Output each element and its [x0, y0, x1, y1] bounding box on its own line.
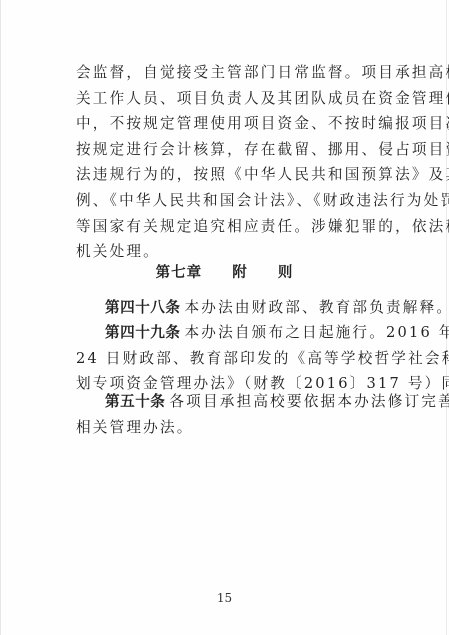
chapter-title-part2: 则 — [278, 261, 294, 282]
page-number: 15 — [0, 591, 449, 605]
article-text: 本办法自颁布之日起施行。2016 年 11 月 — [184, 324, 449, 341]
article-49: 第四十九条本办法自颁布之日起施行。2016 年 11 月 24 日财政部、教育部… — [76, 320, 392, 397]
chapter-title-part1: 附 — [232, 261, 248, 282]
article-number: 第四十九条 — [105, 324, 180, 341]
article-text: 各项目承担高校要依据本办法修订完善内部 — [169, 393, 449, 410]
article-48: 第四十八条本办法由财政部、教育部负责解释。 — [76, 295, 392, 321]
text-line: 按规定进行会计核算，存在截留、挪用、侵占项目资金等违 — [76, 137, 392, 163]
text-line: 相关管理办法。 — [76, 415, 392, 441]
article-50: 第五十条各项目承担高校要依据本办法修订完善内部 相关管理办法。 — [76, 389, 392, 440]
text-line: 法违规行为的，按照《中华人民共和国预算法》及其实施条 — [76, 162, 392, 188]
continuation-paragraph: 会监督，自觉接受主管部门日常监督。项目承担高校及其相 关工作人员、项目负责人及其… — [76, 60, 392, 265]
chapter-heading: 第七章 附 则 — [0, 261, 449, 282]
scan-edge-left — [0, 0, 1, 635]
text-line: 第四十八条本办法由财政部、教育部负责解释。 — [76, 295, 392, 321]
text-line: 第五十条各项目承担高校要依据本办法修订完善内部 — [76, 389, 392, 415]
article-number: 第四十八条 — [105, 299, 180, 316]
document-page: 会监督，自觉接受主管部门日常监督。项目承担高校及其相 关工作人员、项目负责人及其… — [0, 0, 449, 635]
text-line: 24 日财政部、教育部印发的《高等学校哲学社会科学繁荣计 — [76, 346, 392, 372]
text-line: 例、《中华人民共和国会计法》、《财政违法行为处罚处分条例》 — [76, 188, 392, 214]
text-line: 会监督，自觉接受主管部门日常监督。项目承担高校及其相 — [76, 60, 392, 86]
text-line: 第四十九条本办法自颁布之日起施行。2016 年 11 月 — [76, 320, 392, 346]
article-number: 第五十条 — [105, 393, 165, 410]
chapter-number: 第七章 — [156, 261, 203, 282]
text-line: 中，不按规定管理使用项目资金、不按时编报项目决算、不 — [76, 111, 392, 137]
article-text: 本办法由财政部、教育部负责解释。 — [184, 299, 449, 316]
text-line: 关工作人员、项目负责人及其团队成员在资金管理使用过程 — [76, 86, 392, 112]
text-line: 等国家有关规定追究相应责任。涉嫌犯罪的，依法移送有关 — [76, 214, 392, 240]
